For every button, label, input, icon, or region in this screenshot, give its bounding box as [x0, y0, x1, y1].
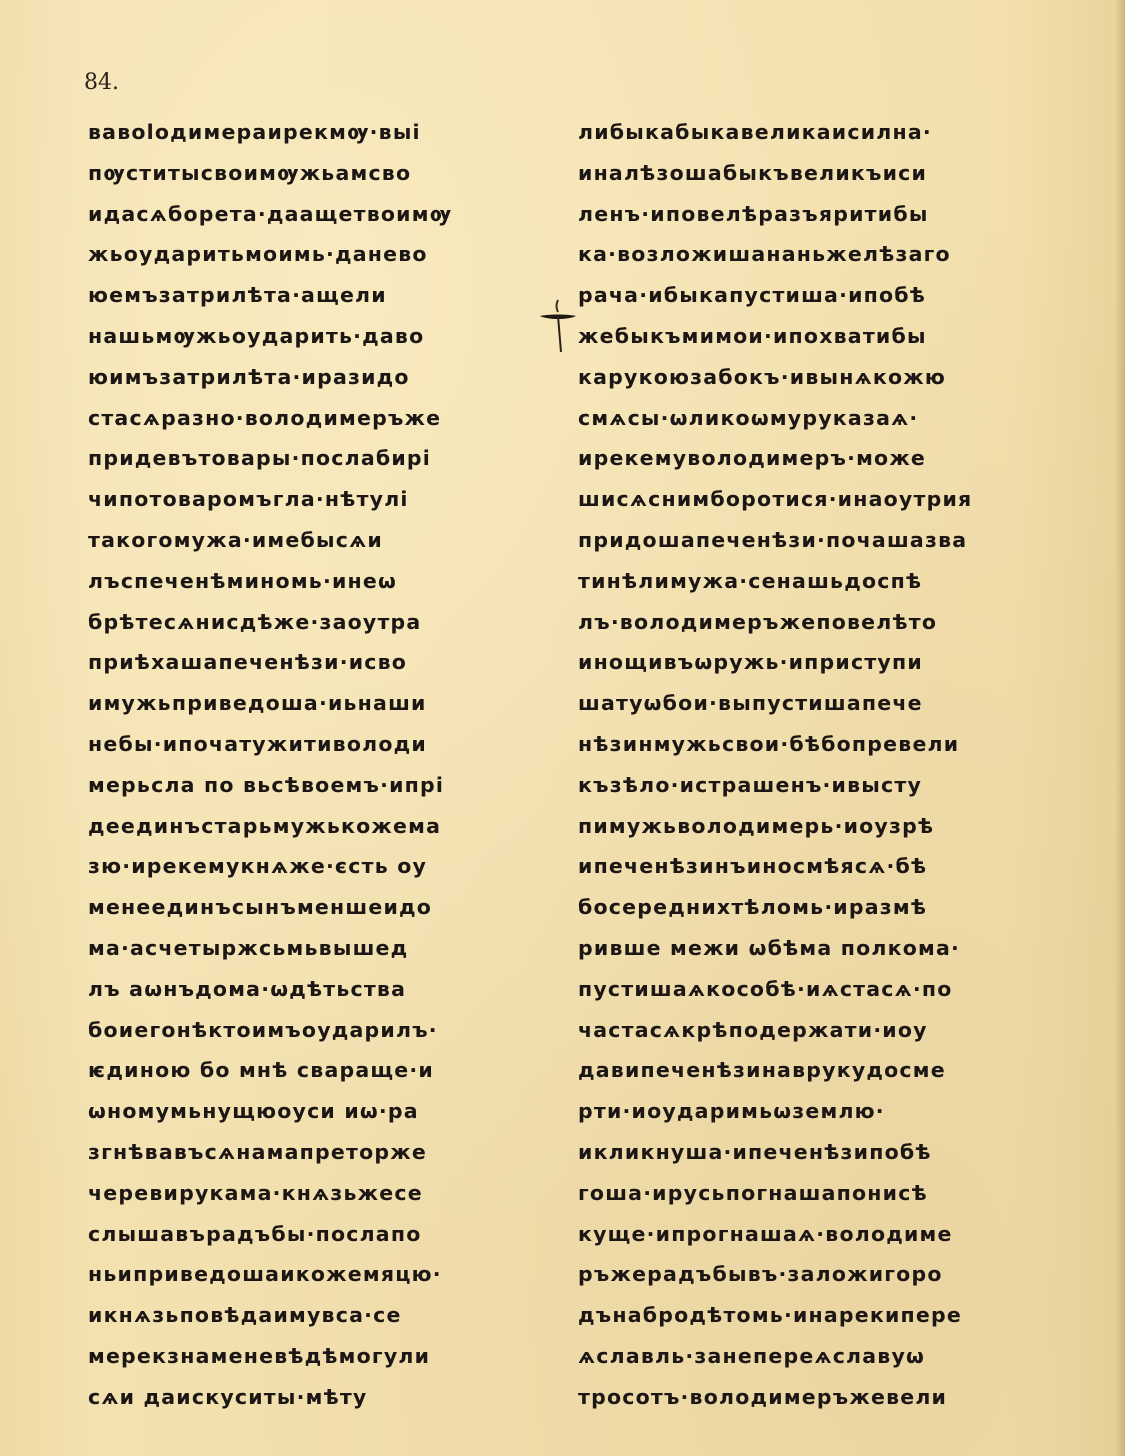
manuscript-line: ѡномумьнущюоуси иѡ·ра: [88, 1091, 558, 1132]
manuscript-line: жьоударитьмоимь·данево: [88, 234, 558, 275]
manuscript-line: икликнуша·ипеченѣзипобѣ: [578, 1132, 1048, 1173]
manuscript-line: ѥдиною бо мнѣ свараще·и: [88, 1050, 558, 1091]
manuscript-line: ма·асчетыржсьмьвышед: [88, 928, 558, 969]
manuscript-line: икнѧзьповѣдаимувса·се: [88, 1295, 558, 1336]
manuscript-line: ленъ·иповелѣразъяритибы: [578, 194, 1048, 235]
page-number: 84.: [84, 70, 119, 95]
manuscript-line: черевирукама·кнѧзьжесе: [88, 1173, 558, 1214]
manuscript-line: инощивъѡружь·иприступи: [578, 642, 1048, 683]
manuscript-line: боиегонѣктоимъоударилъ·: [88, 1010, 558, 1051]
text-column-left: вавolодимераирекмѹ·выі пѹститысвоимѹжьам…: [88, 112, 558, 1418]
manuscript-line: менеединъсынъменшеидо: [88, 887, 558, 928]
manuscript-line: жебыкъмимои·ипохватибы: [578, 316, 1048, 357]
manuscript-line: деединъстарьмужькожема: [88, 806, 558, 847]
manuscript-line: пустишаѧкособѣ·иѧстасѧ·по: [578, 969, 1048, 1010]
manuscript-line: пимужьволодимерь·иоузрѣ: [578, 806, 1048, 847]
manuscript-line: либыкабыкавеликаисилна·: [578, 112, 1048, 153]
manuscript-line: згнѣвавъсѧнамапреторже: [88, 1132, 558, 1173]
manuscript-line: ирекемуволодимеръ·може: [578, 438, 1048, 479]
manuscript-line: куще·ипрогнашаѧ·володиме: [578, 1214, 1048, 1255]
manuscript-line: гоша·ирусьпогнашапонисѣ: [578, 1173, 1048, 1214]
manuscript-line: лъ·володимеръжеповелѣто: [578, 602, 1048, 643]
manuscript-line: имужьприведоша·иьнаши: [88, 683, 558, 724]
manuscript-line: дънабродѣтомь·инарекипере: [578, 1295, 1048, 1336]
manuscript-line: ипеченѣзинъиносмѣясѧ·бѣ: [578, 846, 1048, 887]
manuscript-line: карукоюзабокъ·ивынѧкожю: [578, 357, 1048, 398]
text-column-right: либыкабыкавеликаисилна· иналѣзошабыкъвел…: [578, 112, 1048, 1418]
manuscript-line: давипеченѣзинаврукудосме: [578, 1050, 1048, 1091]
manuscript-line: нѣзинмужьсвои·бѣбопревели: [578, 724, 1048, 765]
manuscript-line: брѣтесѧнисдѣже·заоутра: [88, 602, 558, 643]
manuscript-line: босереднихтѣломь·иразмѣ: [578, 887, 1048, 928]
manuscript-line: тинѣлимужа·сенашьдоспѣ: [578, 561, 1048, 602]
manuscript-line: приѣхашапеченѣзи·исво: [88, 642, 558, 683]
manuscript-line: рача·ибыкапустиша·ипобѣ: [578, 275, 1048, 316]
manuscript-line: юемъзатрилѣта·ащели: [88, 275, 558, 316]
manuscript-line: идасѧборета·даащетвоимѹ: [88, 194, 558, 235]
manuscript-line: частасѧкрѣподержати·иоу: [578, 1010, 1048, 1051]
manuscript-line: мерекзнаменевѣдѣмогули: [88, 1336, 558, 1377]
manuscript-line: такогомужа·имебысѧи: [88, 520, 558, 561]
manuscript-line: къзѣло·истрашенъ·ивысту: [578, 765, 1048, 806]
manuscript-line: шатуѡбои·выпустишапече: [578, 683, 1048, 724]
manuscript-line: ѧславль·занепереѧславуѡ: [578, 1336, 1048, 1377]
manuscript-line: лъспеченѣминомь·инеѡ: [88, 561, 558, 602]
manuscript-line: стасѧразно·володимеръже: [88, 398, 558, 439]
manuscript-line: вавolодимераирекмѹ·выі: [88, 112, 558, 153]
manuscript-line: тросотъ·володимеръжевели: [578, 1377, 1048, 1418]
manuscript-page: 84. вавolодимераирекмѹ·выі пѹститысвоимѹ…: [0, 0, 1125, 1456]
manuscript-line: зю·ирекемукнѧже·єсть оу: [88, 846, 558, 887]
manuscript-line: юимъзатрилѣта·иразидо: [88, 357, 558, 398]
manuscript-line: ньиприведошаикожемяцю·: [88, 1254, 558, 1295]
manuscript-line: шисѧснимборотися·инаоутрия: [578, 479, 1048, 520]
page-edge-shadow: [1115, 0, 1125, 1456]
manuscript-line: рти·иоударимьѡземлю·: [578, 1091, 1048, 1132]
manuscript-line: ка·возложишананьжелѣзаго: [578, 234, 1048, 275]
manuscript-line: придошапеченѣзи·почашазва: [578, 520, 1048, 561]
manuscript-line: ривше межи ѡбѣма полкома·: [578, 928, 1048, 969]
manuscript-line: нашьмѹжьоударить·даво: [88, 316, 558, 357]
manuscript-line: мерьсла по вьсѣвоемъ·ипрі: [88, 765, 558, 806]
manuscript-line: чипотоваромъгла·нѣтулі: [88, 479, 558, 520]
manuscript-line: придевътовары·послабирі: [88, 438, 558, 479]
manuscript-line: небы·ипочатужитиволоди: [88, 724, 558, 765]
manuscript-line: слышавърадъбы·послапо: [88, 1214, 558, 1255]
manuscript-line: иналѣзошабыкъвеликъиси: [578, 153, 1048, 194]
manuscript-line: сѧи даискуситы·мѣту: [88, 1377, 558, 1418]
manuscript-line: пѹститысвоимѹжьамсво: [88, 153, 558, 194]
manuscript-line: лъ аѡнъдома·ѡдѣтьства: [88, 969, 558, 1010]
manuscript-line: смѧсы·ѡликоѡмуруказаѧ·: [578, 398, 1048, 439]
manuscript-line: ръжерадъбывъ·заложигоро: [578, 1254, 1048, 1295]
